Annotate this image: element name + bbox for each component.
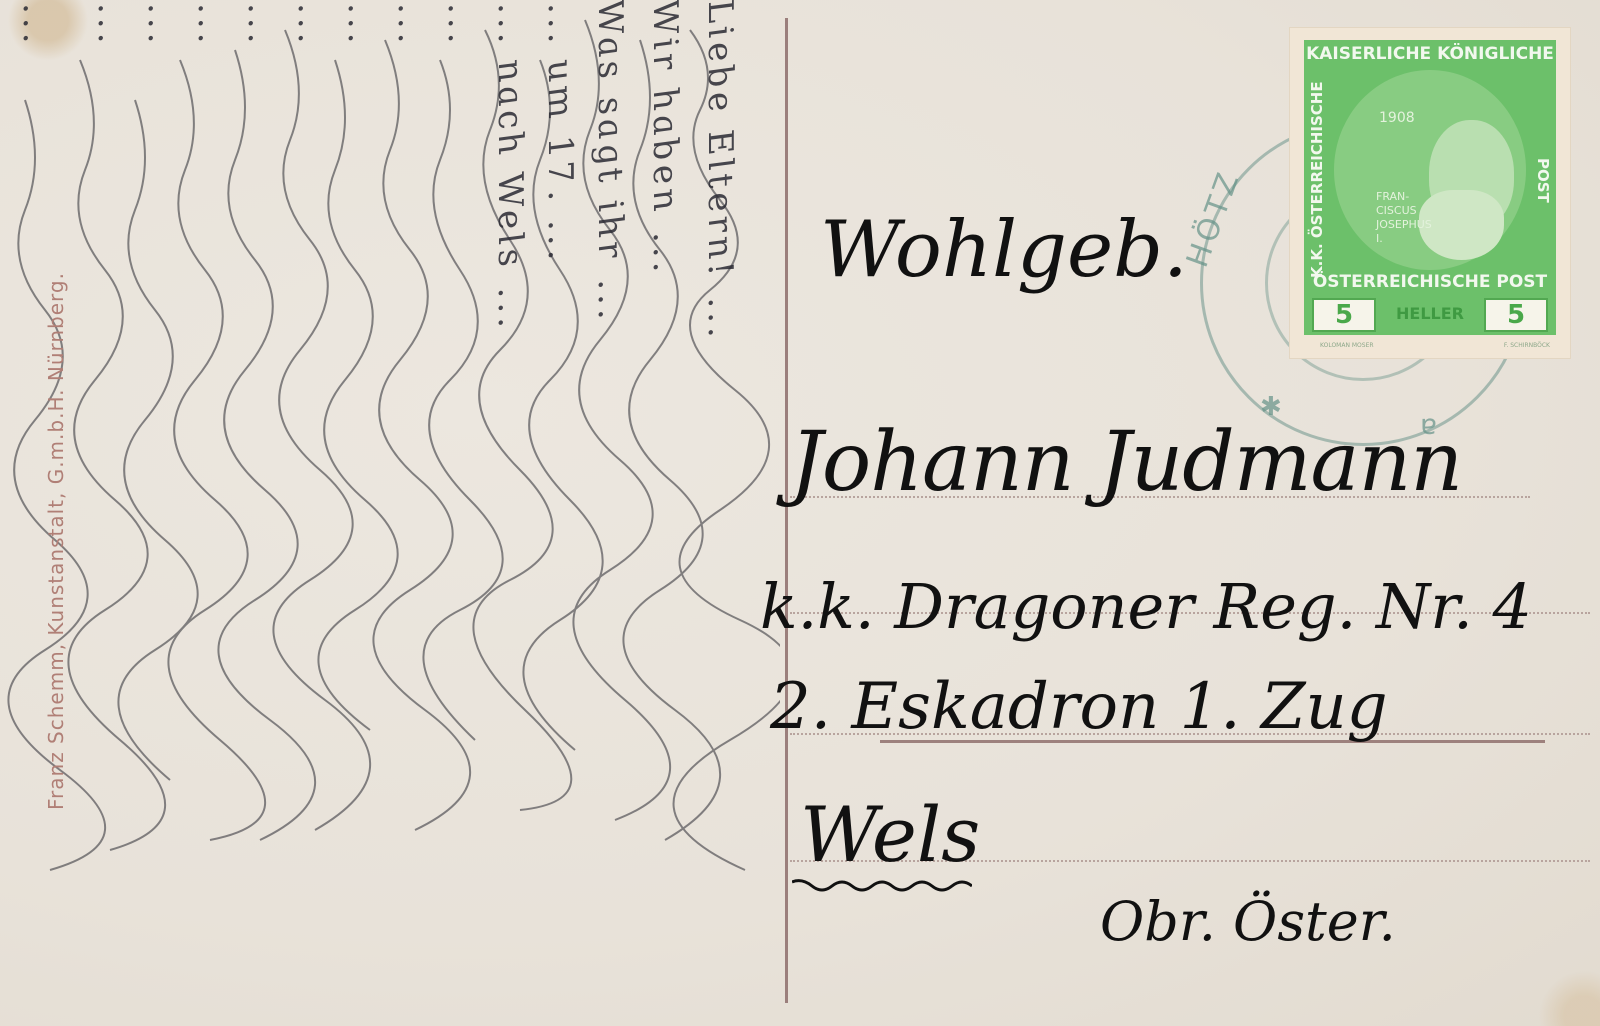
handwriting-strokes [0,0,780,1026]
stamp-frame: KAISERLICHE KÖNIGLICHE K.K. ÖSTERREICHIS… [1304,40,1556,335]
recipient-name: Johann Judmann [790,415,1462,510]
stamp-portrait-oval: 1908 FRAN- CISCUS JOSEPHUS I. [1334,70,1526,270]
stamp-currency: HELLER [1382,304,1478,323]
stamp-portrait-caption: FRAN- CISCUS JOSEPHUS I. [1376,190,1432,246]
address-salutation: Wohlgeb. [820,205,1188,295]
postcard: Liebe Eltern! ... Wir haben ... Was sagt… [0,0,1600,1026]
stamp-right-text: POST [1528,80,1552,280]
recipient-squadron: 2. Eskadron 1. Zug [770,670,1388,744]
stamp-left-text: K.K. ÖSTERREICHISCHE [1308,80,1332,280]
stamp-value-left: 5 [1312,298,1376,332]
city-underline-squiggle [792,878,972,892]
stamp-engraver: F. SCHIRNBÖCK [1504,342,1550,349]
destination-region: Obr. Öster. [1100,890,1396,953]
stamp-year: 1908 [1379,110,1415,126]
stamp-bottom-text: ÖSTERREICHISCHE POST [1304,272,1556,292]
stamp-top-text: KAISERLICHE KÖNIGLICHE [1304,44,1556,64]
center-divider [785,18,788,1003]
destination-city: Wels [800,790,980,879]
postage-stamp: KAISERLICHE KÖNIGLICHE K.K. ÖSTERREICHIS… [1290,28,1570,358]
printer-imprint: Franz Schemm, Kunstanstalt, G.m.b.H. Nür… [44,272,68,810]
stamp-value-right: 5 [1484,298,1548,332]
stamp-designer: KOLOMAN MOSER [1320,342,1374,349]
recipient-unit: k.k. Dragoner Reg. Nr. 4 [760,570,1532,643]
handwritten-message: Liebe Eltern! ... Wir haben ... Was sagt… [0,0,780,1026]
